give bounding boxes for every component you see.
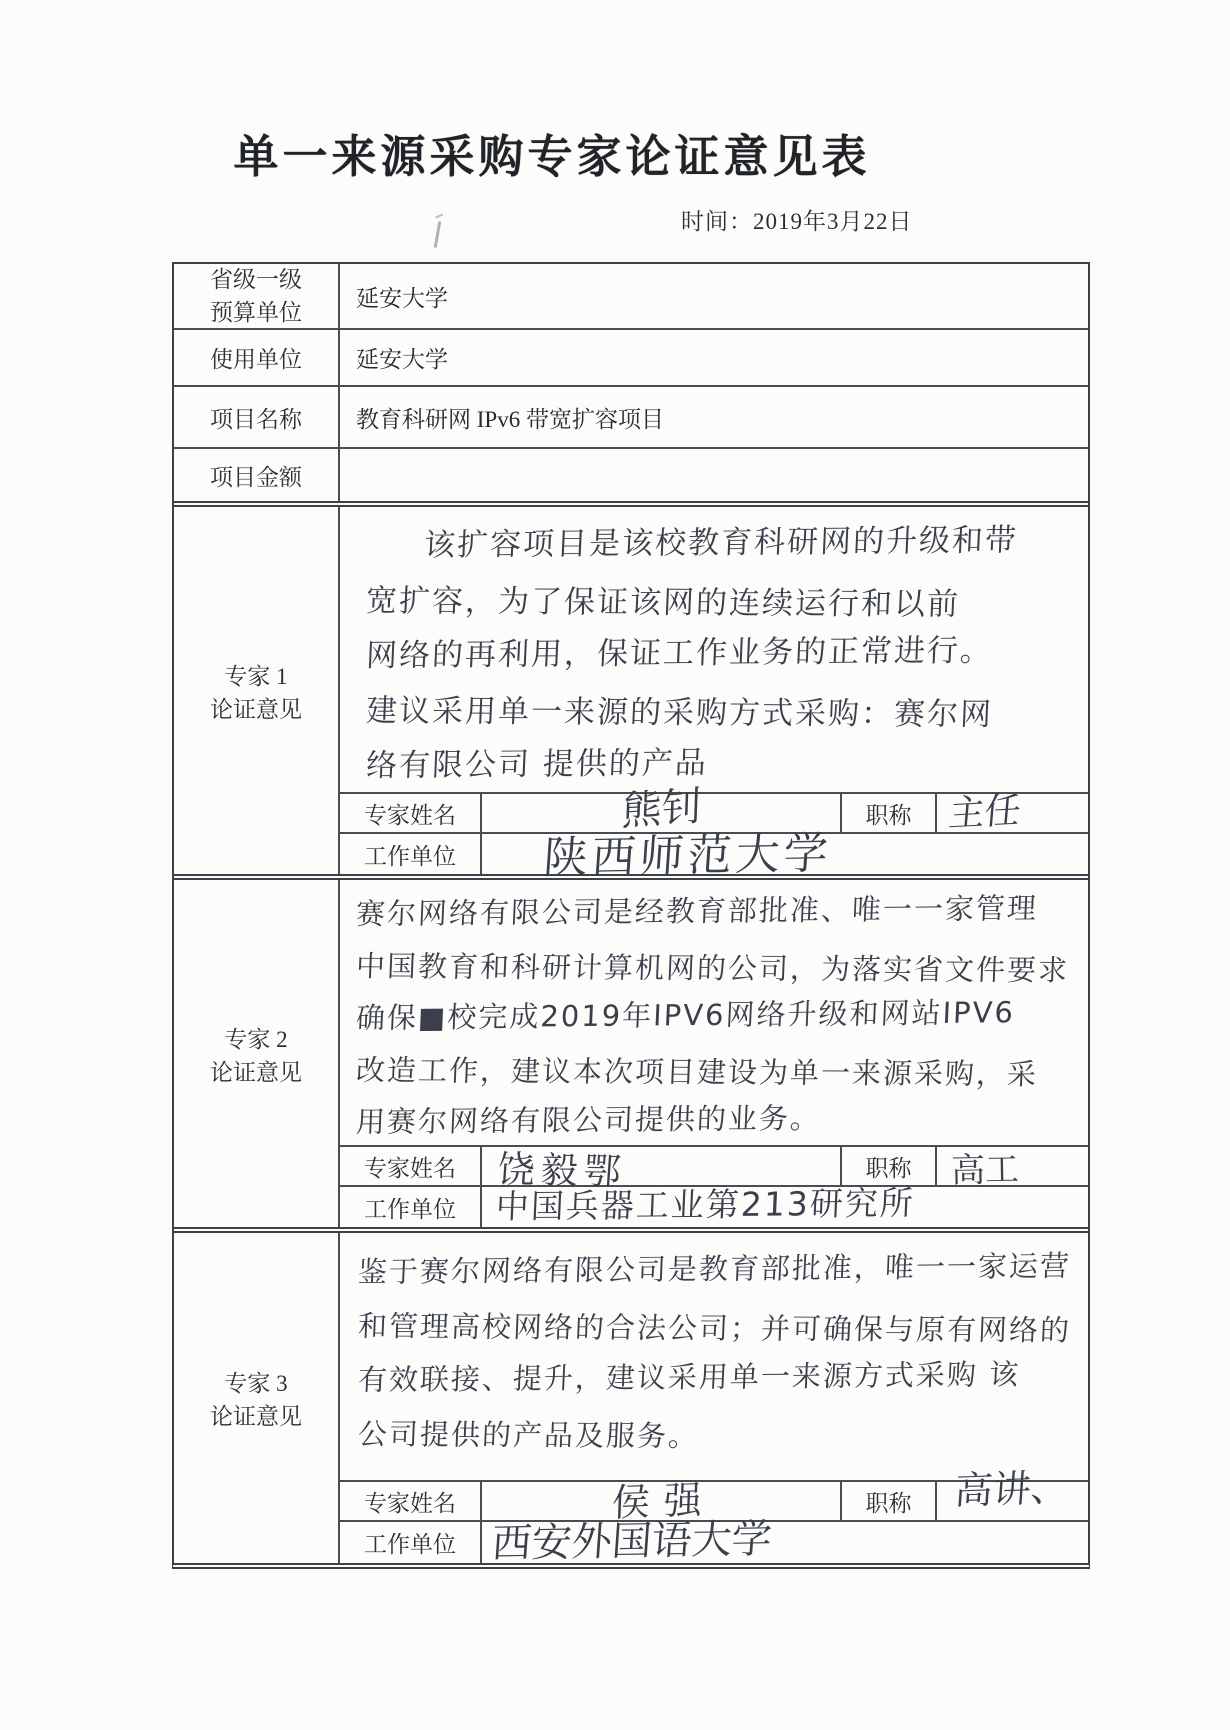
stray-pen-mark	[434, 221, 442, 248]
info-label-project-amount: 项目金额	[174, 449, 340, 501]
table-row: 项目金额	[174, 449, 1088, 507]
info-label-using-unit: 使用单位	[174, 330, 340, 385]
expert1-unit-value: 陕西师范大学	[482, 834, 1088, 874]
expert1-title-label: 职称	[842, 794, 937, 832]
expert1-unit-row: 工作单位 陕西师范大学	[340, 832, 1088, 874]
expert3-title-value: 高讲、	[937, 1482, 1088, 1520]
info-value-project-amount	[340, 449, 1088, 501]
table-row: 使用单位 延安大学	[174, 330, 1088, 387]
expert3-section-label: 专家 3 论证意见	[174, 1233, 340, 1563]
expert2-title-value: 高工	[937, 1147, 1088, 1185]
expert1-section-label: 专家 1 论证意见	[174, 507, 340, 874]
expert1-title-value: 主任	[937, 794, 1088, 832]
expert3-title-label: 职称	[842, 1482, 937, 1520]
scanned-document-page: 单一来源采购专家论证意见表 时间：2019年3月22日 省级一级预算单位 延安大…	[0, 0, 1230, 1730]
expert1-unit-label: 工作单位	[340, 834, 482, 874]
info-value-project-name: 教育科研网 IPv6 带宽扩容项目	[340, 387, 1088, 447]
expert3-handwritten-opinion: 鉴于赛尔网络有限公司是教育部批准，唯一一家运营 和管理高校网络的合法公司；并可确…	[340, 1233, 1088, 1480]
opinion-form-table: 省级一级预算单位 延安大学 使用单位 延安大学 项目名称 教育科研网 IPv6 …	[172, 262, 1090, 1569]
expert2-section: 专家 2 论证意见 赛尔网络有限公司是经教育部批准、唯一一家管理 中国教育和科研…	[174, 880, 1088, 1233]
info-label-budget-unit: 省级一级预算单位	[174, 264, 340, 328]
expert1-name-label: 专家姓名	[340, 794, 482, 832]
page-title: 单一来源采购专家论证意见表	[0, 120, 1104, 185]
info-label-project-name: 项目名称	[174, 387, 340, 447]
date-label: 时间：2019年3月22日	[681, 203, 1101, 236]
expert3-section: 专家 3 论证意见 鉴于赛尔网络有限公司是教育部批准，唯一一家运营 和管理高校网…	[174, 1233, 1088, 1563]
table-row: 省级一级预算单位 延安大学	[174, 264, 1088, 330]
expert2-unit-label: 工作单位	[340, 1187, 482, 1227]
expert1-section: 专家 1 论证意见 该扩容项目是该校教育科研网的升级和带 宽扩容，为了保证该网的…	[174, 507, 1088, 880]
table-row: 项目名称 教育科研网 IPv6 带宽扩容项目	[174, 387, 1088, 449]
info-value-using-unit: 延安大学	[340, 330, 1088, 385]
expert3-name-label: 专家姓名	[340, 1482, 482, 1520]
expert2-unit-value: 中国兵器工业第213研究所	[482, 1187, 1088, 1227]
expert3-unit-row: 工作单位 西安外国语大学	[340, 1520, 1088, 1563]
expert2-section-label: 专家 2 论证意见	[174, 880, 340, 1227]
expert3-unit-label: 工作单位	[340, 1522, 482, 1563]
expert2-handwritten-opinion: 赛尔网络有限公司是经教育部批准、唯一一家管理 中国教育和科研计算机网的公司，为落…	[340, 880, 1088, 1145]
info-value-budget-unit: 延安大学	[340, 264, 1088, 328]
expert2-name-label: 专家姓名	[340, 1147, 482, 1185]
expert3-unit-value: 西安外国语大学	[482, 1522, 1088, 1563]
expert1-handwritten-opinion: 该扩容项目是该校教育科研网的升级和带 宽扩容，为了保证该网的连续运行和以前 网络…	[340, 507, 1088, 792]
